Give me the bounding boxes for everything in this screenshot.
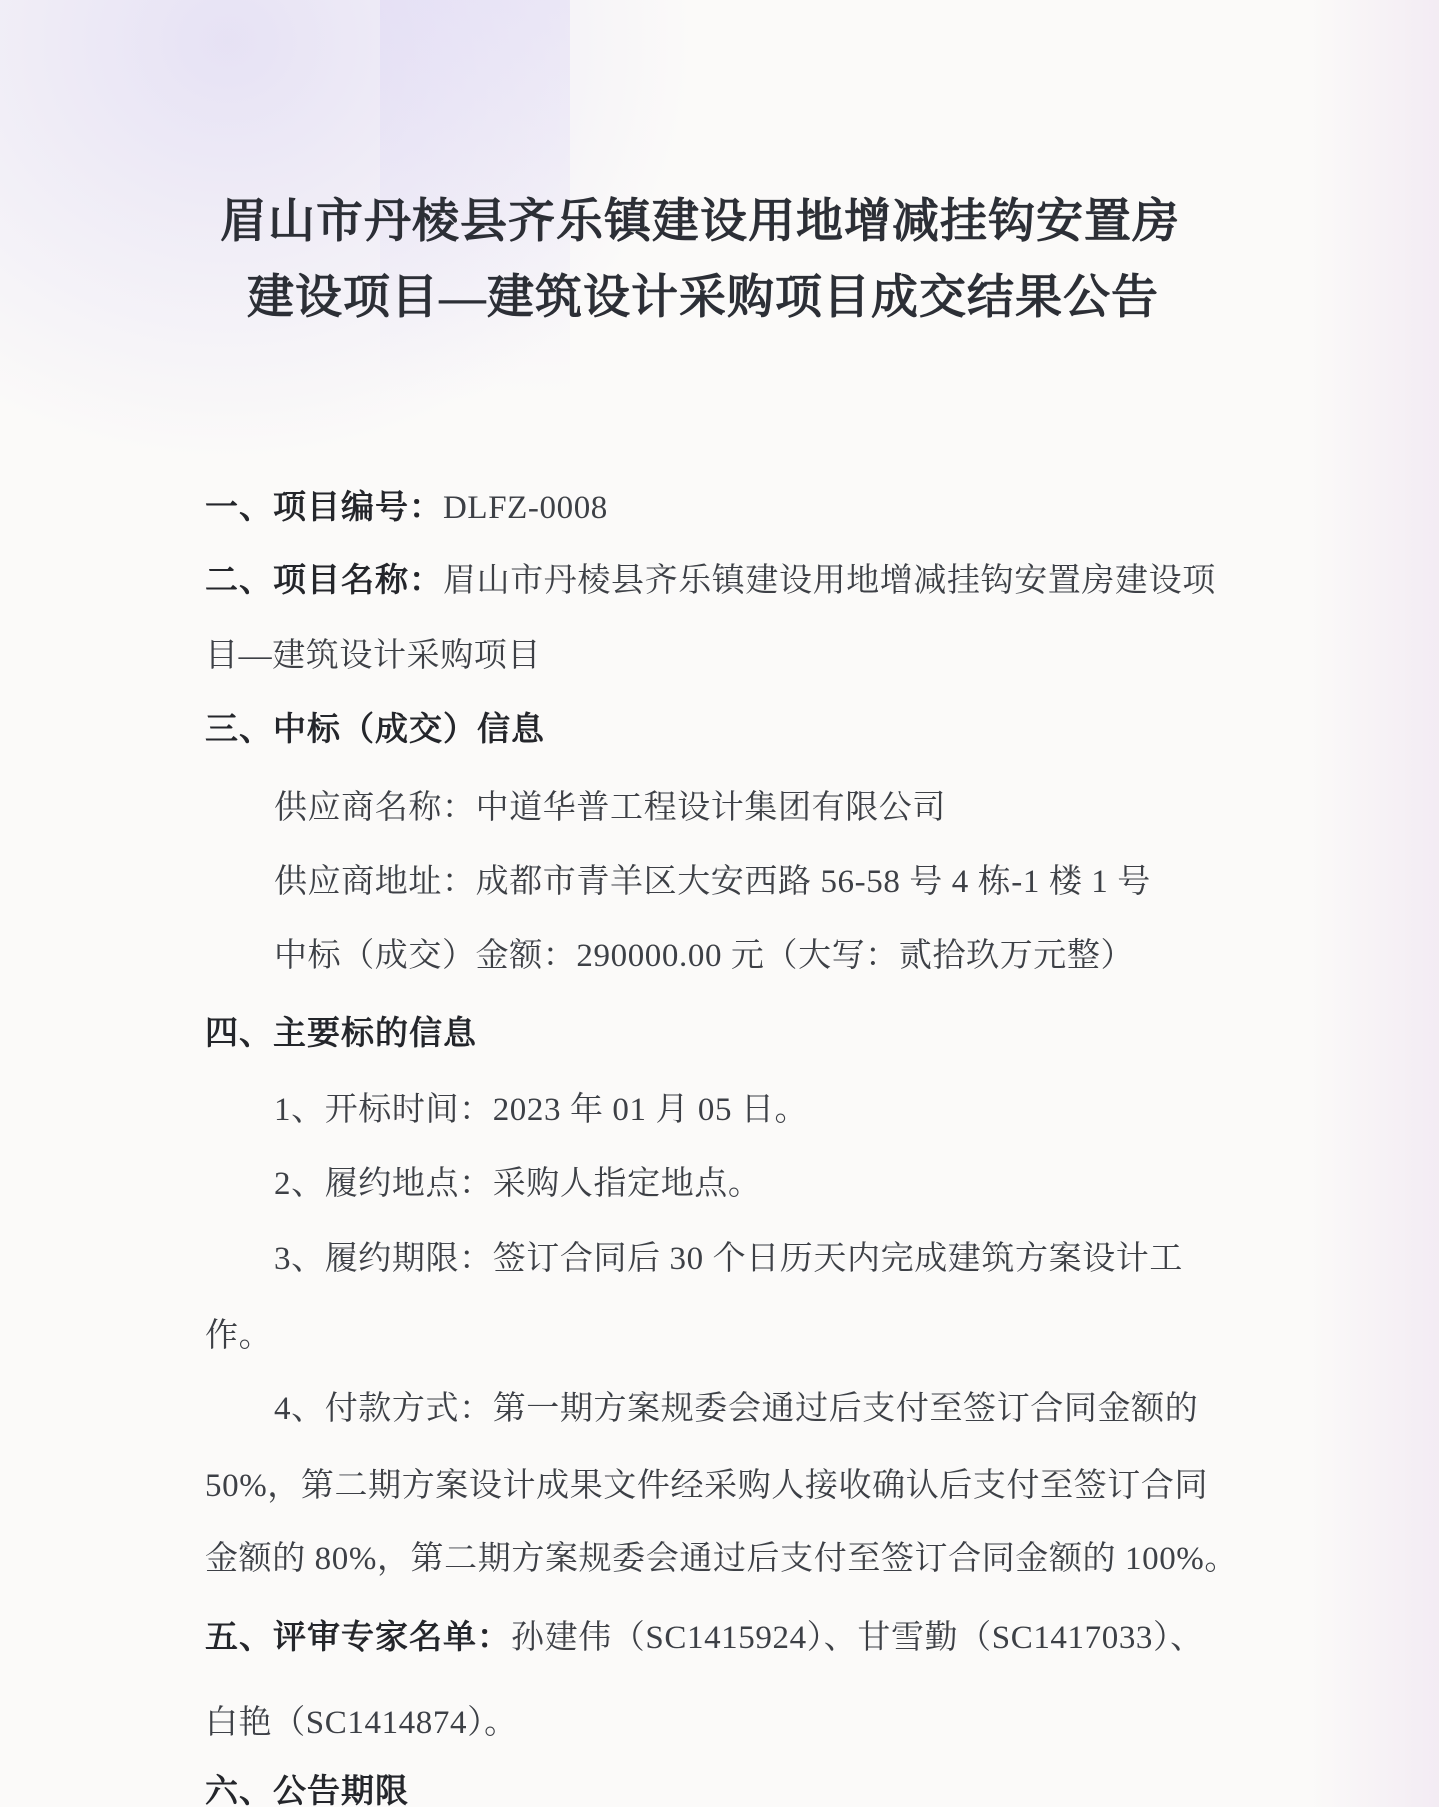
line-payment-terms-2: 50%，第二期方案设计成果文件经采购人接收确认后支付至签订合同: [205, 1466, 1208, 1506]
document-page: 眉山市丹棱县齐乐镇建设用地增减挂钩安置房 建设项目—建筑设计采购项目成交结果公告…: [0, 0, 1439, 1807]
line-performance-place: 2、履约地点：采购人指定地点。: [274, 1164, 762, 1204]
supplier-address-value: 供应商地址：成都市青羊区大安西路 56-58 号 4 栋-1 楼 1 号: [274, 864, 1151, 900]
payment-terms-value-2: 50%，第二期方案设计成果文件经采购人接收确认后支付至签订合同: [205, 1468, 1208, 1504]
heading-subject-info: 四、主要标的信息: [205, 1014, 477, 1054]
heading-announcement-period: 六、公告期限: [205, 1772, 409, 1807]
payment-terms-value-3: 金额的 80%，第二期方案规委会通过后支付至签订合同金额的 100%。: [205, 1541, 1238, 1577]
subject-info-heading: 四、主要标的信息: [205, 1014, 477, 1051]
project-number-value: DLFZ-0008: [443, 490, 608, 526]
line-award-amount: 中标（成交）金额：290000.00 元（大写：贰拾玖万元整）: [274, 936, 1134, 976]
line-project-name-1: 二、项目名称：眉山市丹棱县齐乐镇建设用地增减挂钩安置房建设项: [205, 561, 1216, 601]
expert-list-value-2: 白艳（SC1414874）。: [205, 1705, 518, 1741]
performance-period-value-1: 3、履约期限：签订合同后 30 个日历天内完成建筑方案设计工: [274, 1241, 1183, 1277]
line-supplier-address: 供应商地址：成都市青羊区大安西路 56-58 号 4 栋-1 楼 1 号: [274, 862, 1151, 902]
project-number-label: 一、项目编号：: [205, 488, 443, 525]
bid-opening-time-value: 1、开标时间：2023 年 01 月 05 日。: [274, 1092, 808, 1128]
project-name-value-1: 眉山市丹棱县齐乐镇建设用地增减挂钩安置房建设项: [443, 563, 1216, 599]
heading-award-info: 三、中标（成交）信息: [205, 710, 545, 750]
award-amount-value: 中标（成交）金额：290000.00 元（大写：贰拾玖万元整）: [274, 938, 1134, 974]
expert-list-heading: 五、评审专家名单：: [205, 1618, 511, 1655]
line-bid-opening-time: 1、开标时间：2023 年 01 月 05 日。: [274, 1090, 808, 1130]
project-name-label: 二、项目名称：: [205, 561, 443, 598]
line-supplier-name: 供应商名称：中道华普工程设计集团有限公司: [274, 788, 946, 828]
line-payment-terms-1: 4、付款方式：第一期方案规委会通过后支付至签订合同金额的: [274, 1389, 1198, 1429]
project-name-value-2: 目—建筑设计采购项目: [205, 638, 541, 674]
scan-tint-top-left: [0, 0, 760, 520]
line-project-number: 一、项目编号：DLFZ-0008: [205, 488, 608, 528]
line-expert-list-2: 白艳（SC1414874）。: [205, 1703, 518, 1743]
performance-period-value-2: 作。: [205, 1318, 272, 1354]
line-project-name-2: 目—建筑设计采购项目: [205, 636, 541, 676]
award-info-heading: 三、中标（成交）信息: [205, 710, 545, 747]
line-payment-terms-3: 金额的 80%，第二期方案规委会通过后支付至签订合同金额的 100%。: [205, 1539, 1238, 1579]
announcement-period-heading: 六、公告期限: [205, 1772, 409, 1807]
line-expert-list-1: 五、评审专家名单：孙建伟（SC1415924）、甘雪勤（SC1417033）、: [205, 1618, 1204, 1658]
document-title-line-1: 眉山市丹棱县齐乐镇建设用地增减挂钩安置房: [220, 199, 1180, 246]
line-performance-period-2: 作。: [205, 1316, 272, 1356]
scan-tint-right-edge: [1309, 0, 1439, 1807]
expert-list-value-1: 孙建伟（SC1415924）、甘雪勤（SC1417033）、: [511, 1620, 1204, 1656]
document-title-line-2: 建设项目—建筑设计采购项目成交结果公告: [247, 275, 1159, 322]
performance-place-value: 2、履约地点：采购人指定地点。: [274, 1166, 762, 1202]
line-performance-period-1: 3、履约期限：签订合同后 30 个日历天内完成建筑方案设计工: [274, 1239, 1183, 1279]
supplier-name-value: 供应商名称：中道华普工程设计集团有限公司: [274, 790, 946, 826]
payment-terms-value-1: 4、付款方式：第一期方案规委会通过后支付至签订合同金额的: [274, 1391, 1198, 1427]
